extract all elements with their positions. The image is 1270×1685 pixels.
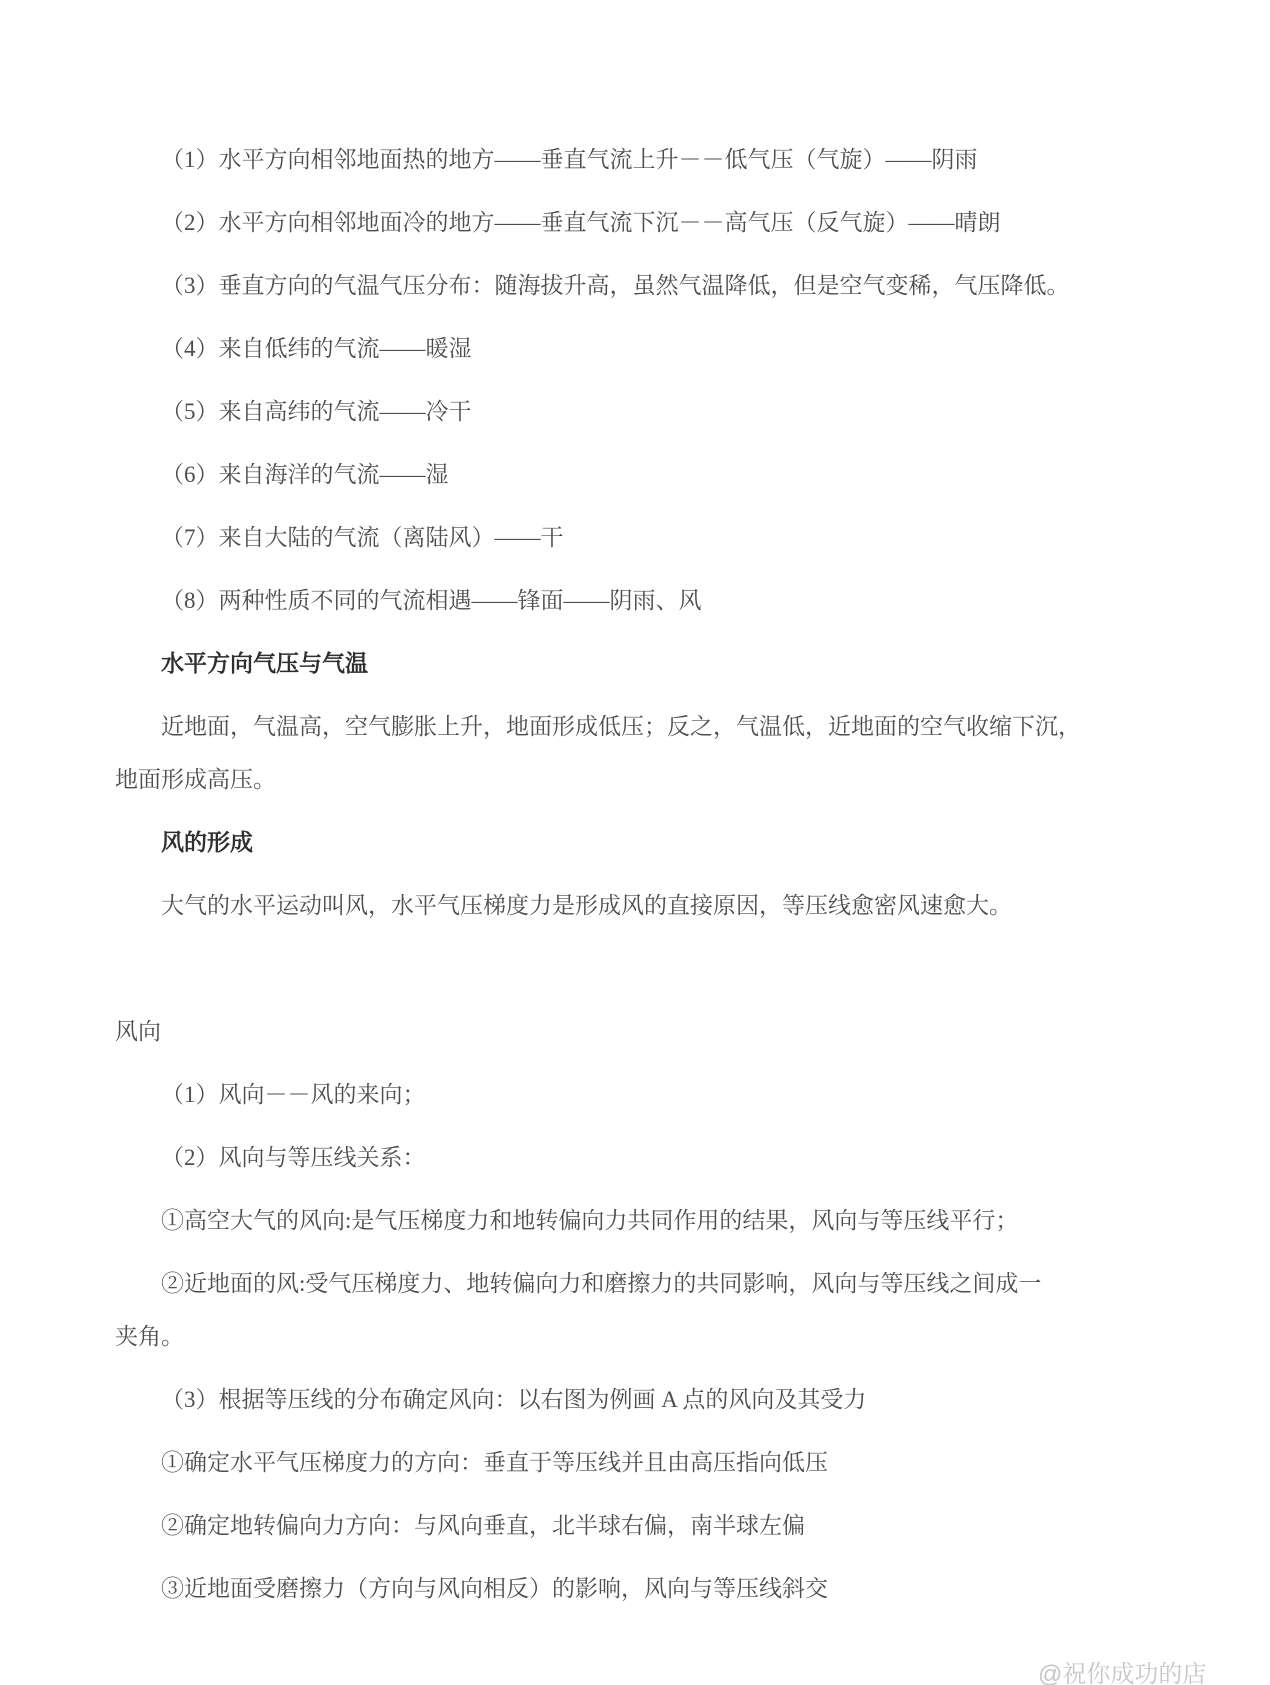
blank-line xyxy=(115,942,1090,995)
heading-wind-direction: 风向 xyxy=(115,1005,1090,1058)
list-item-4: （4）来自低纬的气流——暖湿 xyxy=(115,322,1090,375)
list-item-5: （5）来自高纬的气流——冷干 xyxy=(115,385,1090,438)
list-item-8: （8）两种性质不同的气流相遇——锋面——阴雨、风 xyxy=(115,574,1090,627)
heading-horizontal-pressure-temperature: 水平方向气压与气温 xyxy=(115,637,1090,690)
list-item-3: （3）垂直方向的气温气压分布：随海拔升高，虽然气温降低，但是空气变稀，气压降低。 xyxy=(115,259,1090,312)
wind-step-1: ①确定水平气压梯度力的方向：垂直于等压线并且由高压指向低压 xyxy=(115,1436,1090,1489)
wind-step-3: ③近地面受磨擦力（方向与风向相反）的影响，风向与等压线斜交 xyxy=(115,1562,1090,1615)
document-page: （1）水平方向相邻地面热的地方——垂直气流上升－－低气压（气旋）——阴雨（2）水… xyxy=(0,0,1270,1685)
wind-note-upper-air: ①高空大气的风向:是气压梯度力和地转偏向力共同作用的结果，风向与等压线平行； xyxy=(115,1194,1090,1247)
wind-item-1: （1）风向－－风的来向； xyxy=(115,1068,1090,1121)
list-item-7: （7）来自大陆的气流（离陆风）——干 xyxy=(115,511,1090,564)
wind-note-near-surface: ②近地面的风:受气压梯度力、地转偏向力和磨擦力的共同影响，风向与等压线之间成一 … xyxy=(115,1257,1090,1363)
list-item-6: （6）来自海洋的气流——湿 xyxy=(115,448,1090,501)
list-item-1: （1）水平方向相邻地面热的地方——垂直气流上升－－低气压（气旋）——阴雨 xyxy=(115,133,1090,186)
wind-item-3: （3）根据等压线的分布确定风向：以右图为例画 A 点的风向及其受力 xyxy=(115,1373,1090,1426)
list-item-2: （2）水平方向相邻地面冷的地方——垂直气流下沉－－高气压（反气旋）——晴朗 xyxy=(115,196,1090,249)
document-body: （1）水平方向相邻地面热的地方——垂直气流上升－－低气压（气旋）——阴雨（2）水… xyxy=(115,133,1090,1625)
heading-wind-formation: 风的形成 xyxy=(115,816,1090,869)
wind-step-2: ②确定地转偏向力方向：与风向垂直，北半球右偏，南半球左偏 xyxy=(115,1499,1090,1552)
paragraph-near-surface: 近地面，气温高，空气膨胀上升，地面形成低压；反之，气温低，近地面的空气收缩下沉，… xyxy=(115,700,1090,806)
wind-item-2: （2）风向与等压线关系： xyxy=(115,1131,1090,1184)
paragraph-wind-definition: 大气的水平运动叫风，水平气压梯度力是形成风的直接原因，等压线愈密风速愈大。 xyxy=(115,879,1090,932)
watermark: @祝你成功的店 xyxy=(1038,1663,1206,1685)
